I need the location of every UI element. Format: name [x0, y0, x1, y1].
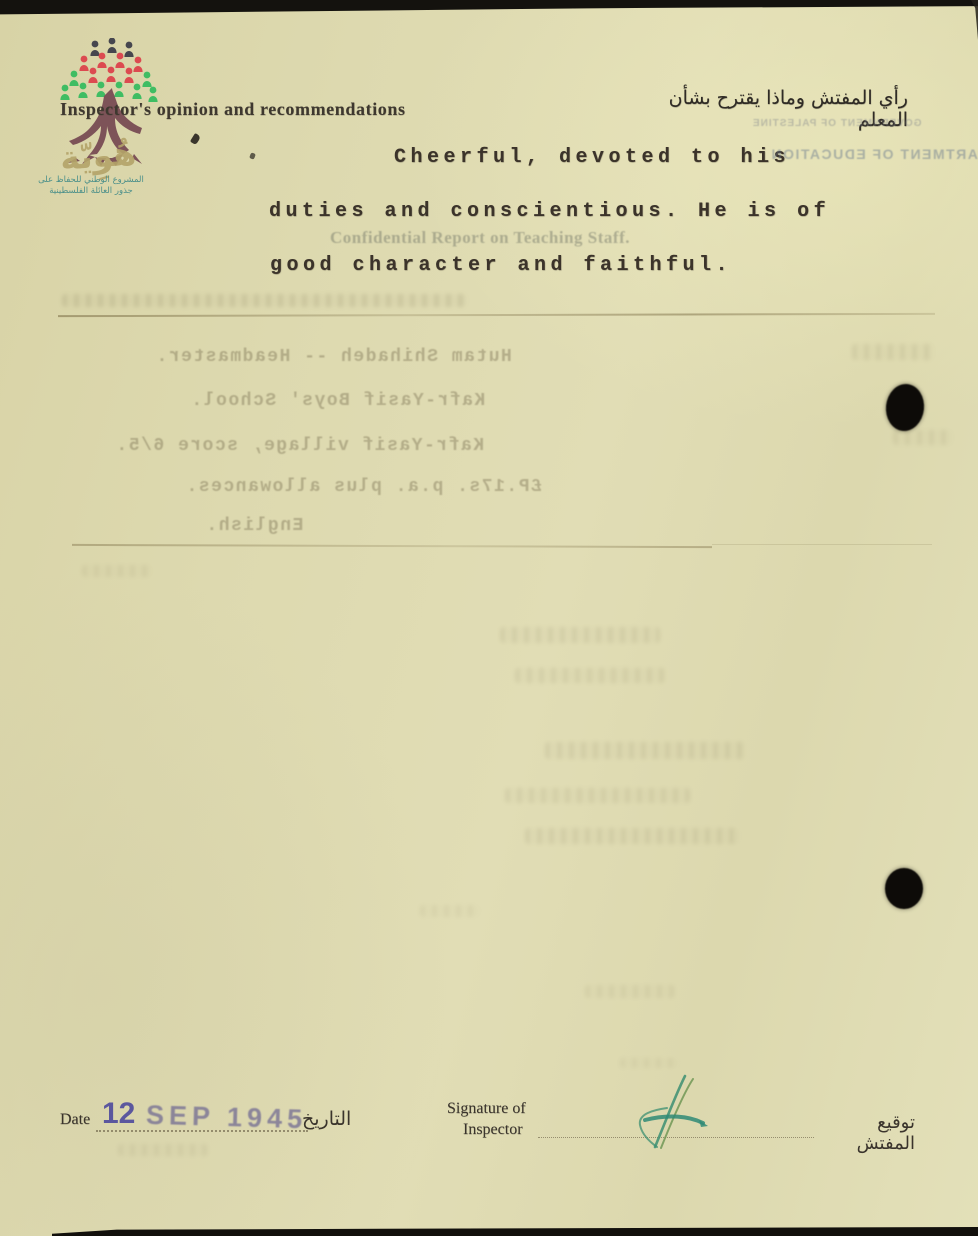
ghost-smudge: [118, 1144, 208, 1156]
scan-edge-top: [0, 0, 978, 16]
ink-blot: [249, 152, 256, 159]
scanned-document-page: هُوِيّة المشروع الوطني للحفاظ على جذور ا…: [0, 0, 978, 1236]
ghost-smudge: [505, 788, 690, 803]
signature-label-arabic: توقيع المفتش: [815, 1112, 915, 1154]
ghost-government-header: GOVERNMENT OF PALESTINE: [752, 118, 922, 129]
signature-ink-icon: [613, 1068, 723, 1156]
logo-tagline: المشروع الوطني للحفاظ على جذور العائلة ا…: [36, 175, 146, 197]
punch-hole: [885, 868, 923, 909]
ghost-smudge: [62, 294, 467, 307]
ghost-smudge: [620, 1058, 680, 1068]
ghost-detail-line: Hutam Shihadeh -- Headmaster.: [155, 347, 512, 367]
ghost-smudge: [585, 985, 675, 998]
scan-edge-bottom: [52, 1225, 978, 1236]
ghost-smudge: [893, 430, 953, 445]
ghost-department-header: DEPARTMENT OF EDUCATION: [770, 146, 978, 162]
date-label-arabic: التاريخ: [302, 1108, 358, 1130]
logo-tagline-line2: جذور العائلة الفلسطينية: [36, 186, 146, 197]
ghost-smudge: [420, 905, 480, 917]
opinion-line-1: Cheerful, devoted to his: [394, 146, 790, 169]
ink-blot: [190, 133, 201, 145]
faint-rule-upper: [58, 313, 935, 317]
signature-label-line2: Inspector: [463, 1121, 523, 1139]
inspector-signature-mark: [613, 1068, 723, 1161]
ghost-detail-line: Kafr-Yasif Boys' School.: [190, 391, 485, 411]
ghost-smudge: [515, 668, 665, 683]
faint-rule-lower: [72, 544, 712, 548]
faint-rule-lower-extension: [712, 544, 932, 545]
ghost-detail-line: £P.17s. p.a. plus allowances.: [185, 477, 542, 497]
punch-hole: [884, 382, 927, 433]
ghost-smudge: [525, 828, 740, 844]
date-stamp-day: 12: [102, 1097, 135, 1131]
section-heading-english: Inspector's opinion and recommendations: [60, 99, 406, 120]
ghost-confidential-title: Confidential Report on Teaching Staff.: [330, 228, 630, 248]
ghost-smudge: [500, 627, 660, 643]
ghost-detail-line: English.: [205, 516, 303, 536]
opinion-line-2: duties and conscientious. He is of: [269, 200, 830, 223]
ghost-smudge: [82, 565, 152, 577]
signature-label-line1: Signature of: [447, 1100, 526, 1118]
opinion-line-3: good character and faithful.: [270, 254, 732, 277]
ghost-smudge: [852, 344, 934, 360]
date-label: Date: [60, 1111, 90, 1129]
logo-wordmark-arabic: هُوِيّة: [57, 133, 140, 177]
date-stamp-month-year: SEP 1945: [146, 1100, 308, 1135]
ghost-smudge: [545, 742, 745, 759]
ghost-detail-line: Kafr-Yasif village, score 6/5.: [115, 436, 484, 456]
logo-tagline-line1: المشروع الوطني للحفاظ على: [36, 175, 146, 186]
